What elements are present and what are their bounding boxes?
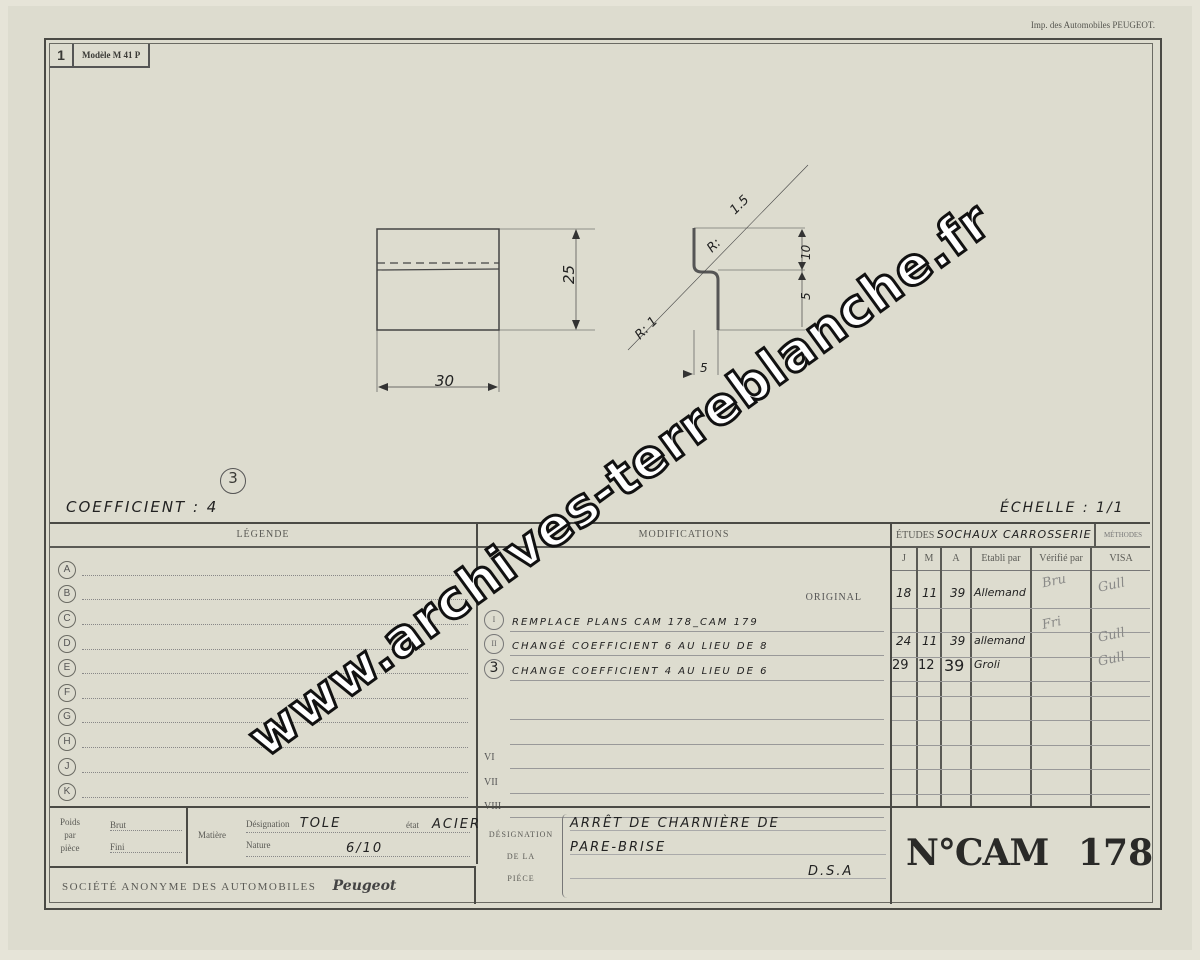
svg-text:R:: R: (704, 236, 724, 256)
material-designation: TOLE (300, 816, 342, 831)
front-view-outline (377, 229, 499, 330)
modification-row (484, 696, 884, 720)
material-state: ACIER (432, 817, 481, 832)
original-label: ORIGINAL (806, 592, 862, 603)
width-dimension: 30 (435, 372, 454, 390)
svg-text:1.5: 1.5 (727, 193, 752, 218)
material-label: Matière (198, 830, 226, 840)
col-month: M (918, 548, 940, 571)
drawing-number: N°CAM 178 (892, 808, 1150, 904)
modification-row: IREMPLACE PLANS CAM 178_CAM 179 (484, 608, 884, 632)
etudes-location: SOCHAUX CARROSSERIE (937, 528, 1092, 541)
material-thickness: 6/10 (346, 841, 383, 856)
col-year: A (942, 548, 970, 571)
weight-section: Poids par pièce Brut Fini (50, 808, 188, 864)
col-etabli: Etabli par (972, 548, 1030, 571)
col-visa: VISA (1092, 548, 1150, 571)
modification-row: IICHANGÉ COEFFICIENT 6 AU LIEU DE 8 (484, 632, 884, 656)
methodes-header: MÉTHODES (1096, 524, 1150, 546)
company-name: SOCIÉTÉ ANONYME DES AUTOMOBILES Peugeot (50, 866, 476, 904)
signature: Bru (1041, 572, 1068, 592)
scale-label: ÉCHELLE : 1/1 (1000, 500, 1125, 516)
drawing-number-prefix: N°CAM (906, 832, 1048, 874)
etudes-section: ÉTUDES SOCHAUX CARROSSERIE MÉTHODES J M … (892, 524, 1150, 806)
signature: Gull (1097, 575, 1127, 595)
part-designation-section: DÉSIGNATION DE LA PIÉCE ARRÊT DE CHARNIÈ… (478, 808, 892, 904)
etudes-grid: J M A Etabli par Vérifié par VISA 18 11 … (892, 548, 1150, 806)
drawing-number-value: 178 (1078, 832, 1153, 874)
col-day: J (892, 548, 916, 571)
svg-text:5: 5 (799, 292, 813, 300)
height-dimension: 25 (560, 265, 578, 284)
modification-row (484, 721, 884, 745)
etudes-header: ÉTUDES SOCHAUX CARROSSERIE MÉTHODES (892, 524, 1150, 548)
svg-text:5: 5 (700, 361, 708, 375)
coefficient-label: COEFFICIENT : 4 (66, 498, 218, 516)
modification-row: VI (484, 745, 884, 769)
brut-label: Brut (110, 820, 126, 830)
title-block: LÉGENDE A B C D E F G H J K MODIFICATION… (50, 522, 1150, 902)
signature: Fri (1041, 614, 1063, 633)
part-code: D.S.A (808, 864, 853, 879)
legend-header: LÉGENDE (50, 524, 476, 548)
fini-label: Fini (110, 842, 125, 852)
technical-drawing: 30 25 1.5 R: R: 1 10 5 5 (0, 0, 1200, 520)
signature: Gull (1097, 625, 1127, 645)
modification-row: 3CHANGE COEFFICIENT 4 AU LIEU DE 6 (484, 657, 884, 681)
peugeot-logo: Peugeot (333, 878, 397, 894)
part-name-line1: ARRÊT DE CHARNIÈRE DE (570, 816, 780, 831)
legend-row: A (58, 558, 468, 582)
legend-row: K (58, 780, 468, 804)
svg-text:10: 10 (799, 244, 813, 260)
part-name-line2: PARE-BRISE (570, 840, 666, 855)
material-section: Matière Désignation TOLE état ACIER Natu… (188, 808, 478, 864)
modification-row: VII (484, 770, 884, 794)
coefficient-revision-marker: 3 (220, 468, 246, 494)
signature: Gull (1097, 649, 1127, 669)
title-block-bottom: Poids par pièce Brut Fini Matière Désign… (50, 806, 1150, 904)
svg-text:R: 1: R: 1 (632, 314, 661, 343)
col-verifie: Vérifié par (1032, 548, 1090, 571)
